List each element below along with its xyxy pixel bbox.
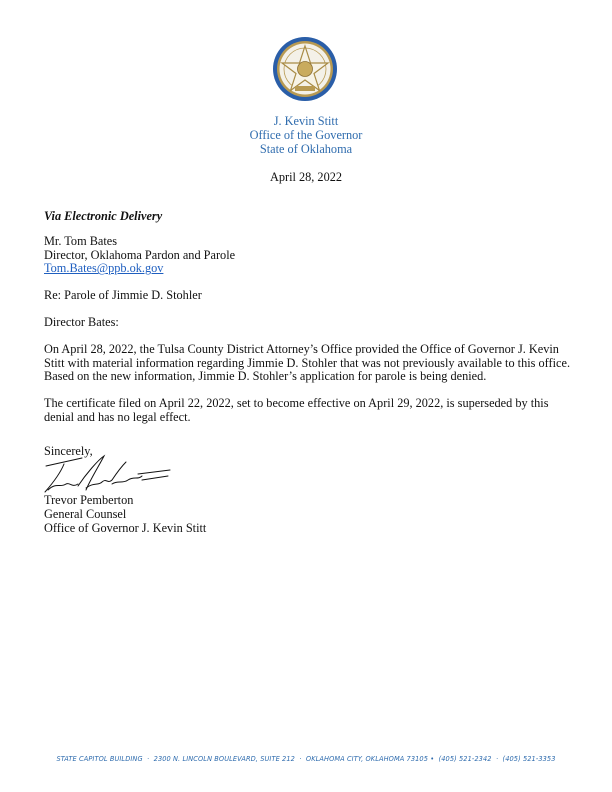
letterhead: J. Kevin Stitt Office of the Governor St… <box>0 114 612 157</box>
recipient-block: Mr. Tom Bates Director, Oklahoma Pardon … <box>44 235 574 276</box>
paragraph-1: On April 28, 2022, the Tulsa County Dist… <box>44 343 574 384</box>
recipient-email-link[interactable]: Tom.Bates@ppb.ok.gov <box>44 261 163 275</box>
signer-name: Trevor Pemberton <box>44 494 206 508</box>
governor-name: J. Kevin Stitt <box>0 114 612 128</box>
recipient-name: Mr. Tom Bates <box>44 234 117 248</box>
recipient-title: Director, Oklahoma Pardon and Parole <box>44 248 235 262</box>
letter-date: April 28, 2022 <box>0 170 612 185</box>
state-name: State of Oklahoma <box>0 142 612 156</box>
paragraph-2: The certificate filed on April 22, 2022,… <box>44 397 574 425</box>
office-name: Office of the Governor <box>0 128 612 142</box>
state-seal-icon <box>272 36 338 102</box>
signer-title: General Counsel <box>44 508 206 522</box>
signer-office: Office of Governor J. Kevin Stitt <box>44 522 206 536</box>
salutation: Director Bates: <box>44 316 574 330</box>
signature-icon <box>42 454 172 496</box>
delivery-method: Via Electronic Delivery <box>44 210 574 224</box>
re-line: Re: Parole of Jimmie D. Stohler <box>44 289 574 303</box>
signer-block: Trevor Pemberton General Counsel Office … <box>44 494 206 535</box>
letter-body: Via Electronic Delivery Mr. Tom Bates Di… <box>44 210 574 438</box>
footer-address: STATE CAPITOL BUILDING · 2300 N. LINCOLN… <box>0 755 612 763</box>
